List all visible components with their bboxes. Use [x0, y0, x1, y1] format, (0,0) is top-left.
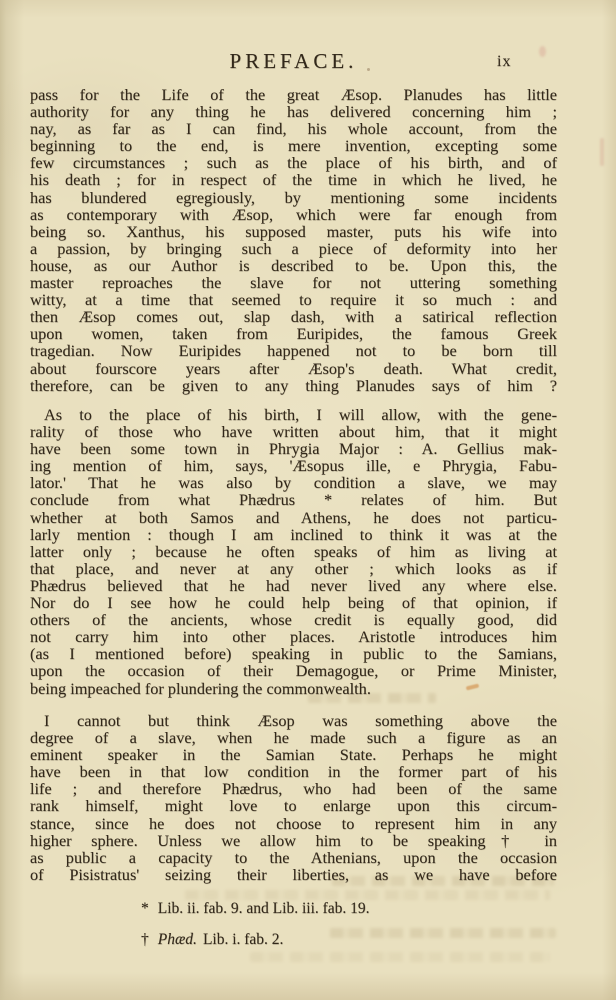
text-line: as public a capacity to the Athenians, u… [30, 849, 557, 866]
text-line: (as I mentioned before) speaking in publ… [30, 645, 557, 662]
text-line: upon the occasion of their Demagogue, or… [30, 662, 557, 679]
text-line: of Pisistratus' seizing their liberties,… [30, 866, 557, 883]
footnote-marker: † [141, 931, 149, 949]
bleedthrough-ghost [185, 890, 550, 900]
footnote: †Phæd.Lib. i. fab. 2. [141, 931, 283, 949]
text-line: whether at both Samos and Athens, he doe… [30, 509, 557, 526]
paragraph: As to the place of his birth, I will all… [30, 406, 557, 697]
text-line: rality of those who have written about h… [30, 423, 557, 440]
text-line: master reproaches the slave for not utte… [30, 274, 557, 291]
text-line: few circumstances ; such as the place of… [30, 154, 557, 171]
text-line: I cannot but think Æsop was something ab… [30, 712, 557, 729]
footnote: *Lib. ii. fab. 9. and Lib. iii. fab. 19. [141, 900, 370, 918]
text-line: nay, as far as I can find, his whole acc… [30, 120, 557, 137]
paragraph: pass for the Life of the great Æsop. Pla… [30, 86, 557, 394]
page-title: PREFACE. [230, 49, 358, 73]
text-line: have been in that low condition in the f… [30, 763, 557, 780]
text-line: then Æsop comes out, slap dash, with a s… [30, 308, 557, 325]
text-line: Phædrus believed that he had never lived… [30, 577, 557, 594]
text-line: stance, since he does not choose to repr… [30, 815, 557, 832]
text-line: lator.' That he was also by condition a … [30, 474, 557, 491]
stain [600, 138, 604, 166]
footnote-marker: * [141, 900, 149, 918]
text-line: authority for any thing he has delivered… [30, 103, 557, 120]
text-line: that place, and never at any other ; whi… [30, 560, 557, 577]
text-line: latter only ; because he often speaks of… [30, 543, 557, 560]
text-line: as contemporary with Æsop, which were fa… [30, 206, 557, 223]
text-line: higher sphere. Unless we allow him to be… [30, 832, 557, 849]
text-line: tragedian. Now Euripides happened not to… [30, 342, 557, 359]
bleedthrough-ghost [330, 928, 556, 938]
text-line: larly mention : though I am inclined to … [30, 526, 557, 543]
footnote-text: Lib. ii. fab. 9. and Lib. iii. fab. 19. [158, 900, 370, 917]
scan-page: PREFACE. ix pass for the Life of the gre… [0, 0, 616, 1000]
text-line: As to the place of his birth, I will all… [30, 406, 557, 423]
text-line: have been some town in Phrygia Major : A… [30, 440, 557, 457]
text-line: not carry him into other places. Aristot… [30, 628, 557, 645]
footnote-source: Phæd. [158, 931, 197, 948]
text-line: a passion, by bringing such a piece of d… [30, 240, 557, 257]
text-line: ing mention of him, says, 'Æsopus ille, … [30, 457, 557, 474]
footnote-text: Lib. i. fab. 2. [203, 931, 284, 948]
text-line: beginning to the end, is mere invention,… [30, 137, 557, 154]
text-line: life ; and therefore Phædrus, who had be… [30, 780, 557, 797]
text-line: conclude from what Phædrus * relates of … [30, 491, 557, 508]
page-header: PREFACE. [30, 50, 557, 73]
text-line: upon women, taken from Euripides, the fa… [30, 325, 557, 342]
text-line: Nor do I see how he could help being of … [30, 594, 557, 611]
text-line: pass for the Life of the great Æsop. Pla… [30, 86, 557, 103]
text-line: rank himself, might love to enlarge upon… [30, 797, 557, 814]
text-line: degree of a slave, when he made such a f… [30, 729, 557, 746]
text-line: about fourscore years after Æsop's death… [30, 360, 557, 377]
text-line: therefore, can be given to any thing Pla… [30, 377, 557, 394]
text-line: has blundered egregiously, by mentioning… [30, 189, 557, 206]
text-line: being impeached for plundering the commo… [30, 680, 557, 697]
text-line: witty, at a time that seemed to require … [30, 291, 557, 308]
text-line: his death ; for in respect of the time i… [30, 171, 557, 188]
bleedthrough-ghost [250, 952, 550, 962]
text-line: eminent speaker in the Samian State. Per… [30, 746, 557, 763]
page-number: ix [497, 53, 511, 71]
paragraph: I cannot but think Æsop was something ab… [30, 712, 557, 883]
text-line: others of the ancients, whose credit is … [30, 611, 557, 628]
text-line: being so. Xanthus, his supposed master, … [30, 223, 557, 240]
text-line: house, as our Author is described to be.… [30, 257, 557, 274]
